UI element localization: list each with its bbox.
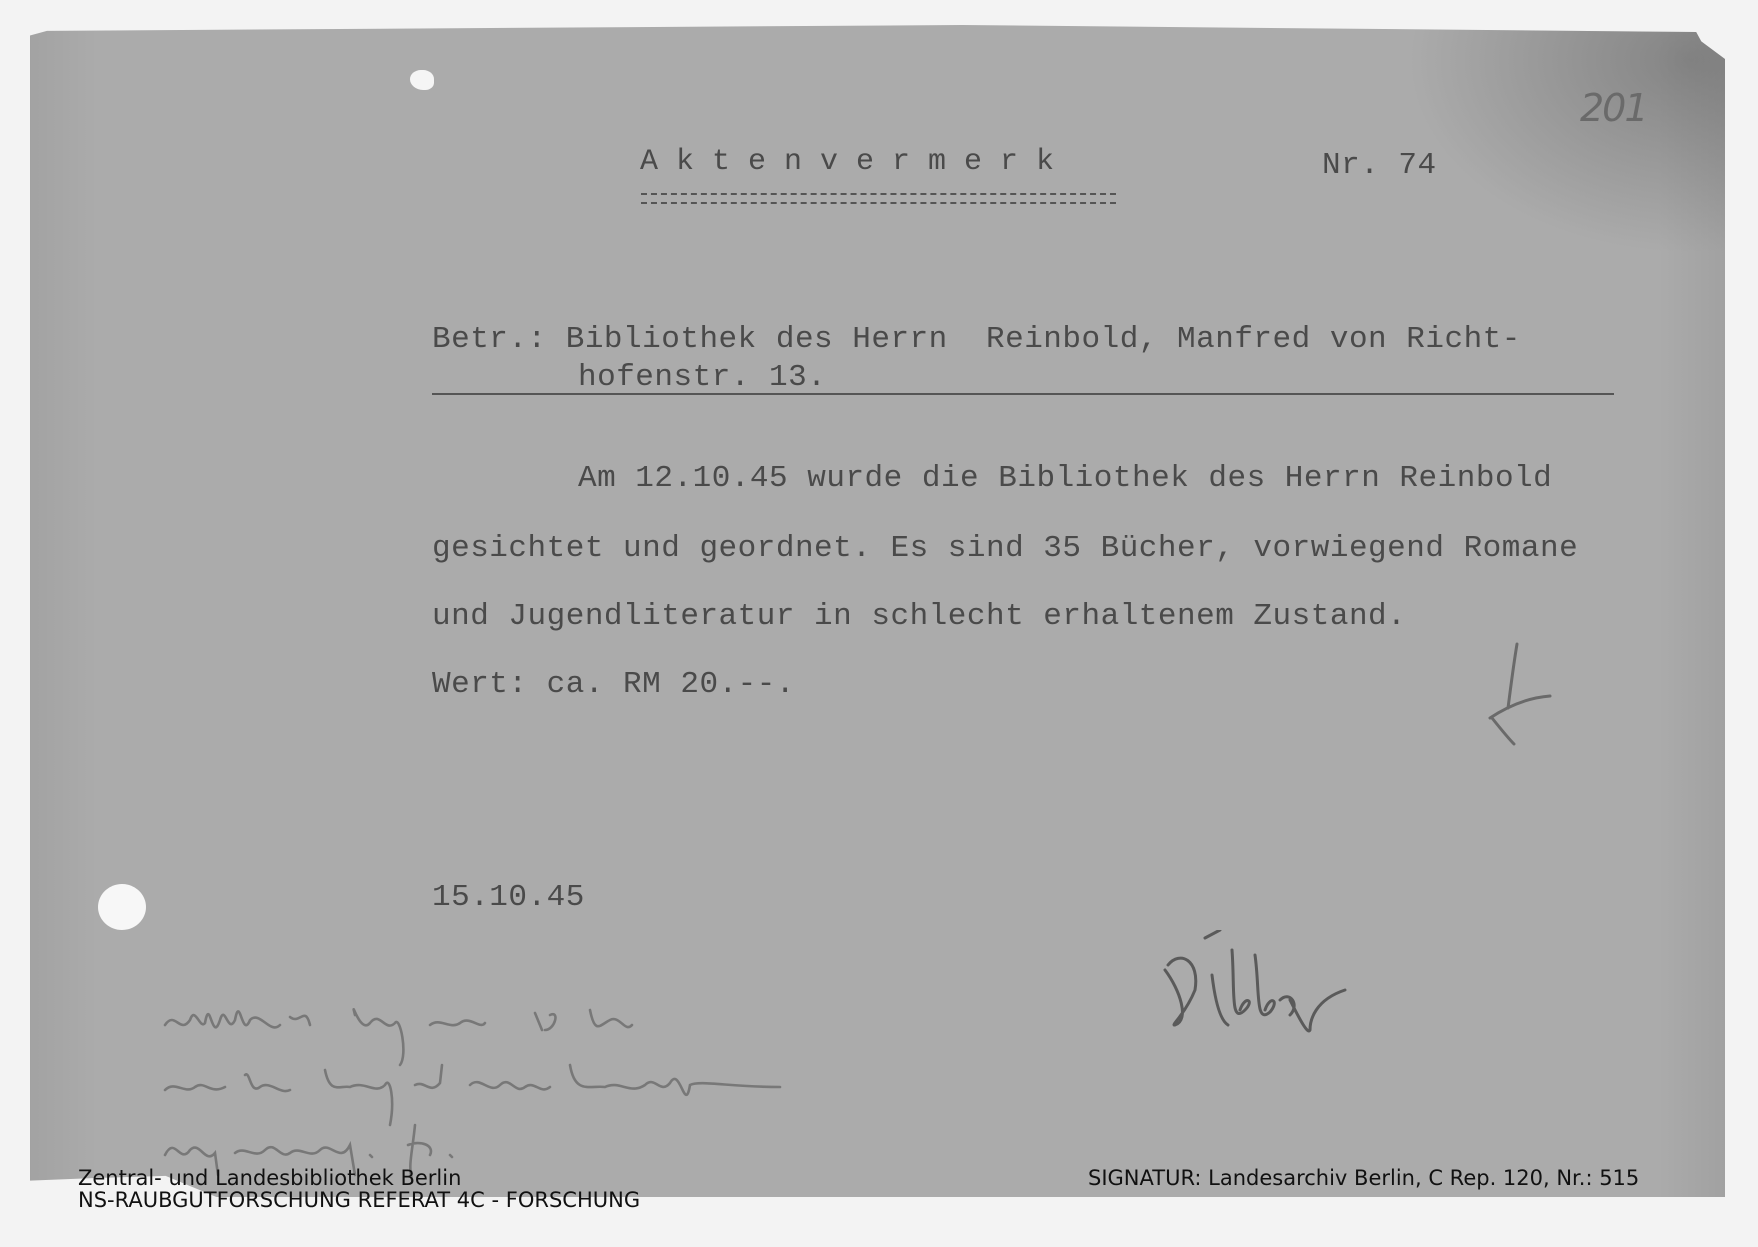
subject-line-1: Betr.: Bibliothek des Herrn Reinbold, Ma…	[432, 322, 1521, 357]
body-line: Am 12.10.45 wurde die Bibliothek des Her…	[578, 461, 1552, 496]
heading-double-underline	[641, 193, 1116, 204]
subject-underline	[432, 393, 1614, 395]
handwritten-page-number: 201	[1580, 86, 1647, 130]
paper-damage-spot	[410, 70, 434, 90]
document-number: Nr. 74	[1322, 148, 1437, 183]
value-line: Wert: ca. RM 20.--.	[432, 667, 795, 702]
footer-institution: Zentral- und Landesbibliothek Berlin	[78, 1166, 461, 1190]
body-line: und Jugendliteratur in schlecht erhalten…	[432, 599, 1406, 634]
handwritten-note	[150, 995, 1050, 1195]
document-heading: Aktenvermerk	[640, 145, 1072, 179]
document-date: 15.10.45	[432, 880, 585, 915]
initial-mark-icon	[1480, 638, 1560, 748]
signature-icon	[1160, 930, 1360, 1040]
punch-hole	[98, 884, 146, 930]
footer-institution-block: Zentral- und Landesbibliothek Berlin NS-…	[78, 1167, 640, 1211]
footer-signature-ref: SIGNATUR: Landesarchiv Berlin, C Rep. 12…	[1088, 1167, 1639, 1189]
body-line: gesichtet und geordnet. Es sind 35 Büche…	[432, 531, 1578, 566]
footer-department: NS-RAUBGUTFORSCHUNG REFERAT 4C - FORSCHU…	[78, 1188, 640, 1212]
subject-line-2: hofenstr. 13.	[578, 360, 826, 395]
